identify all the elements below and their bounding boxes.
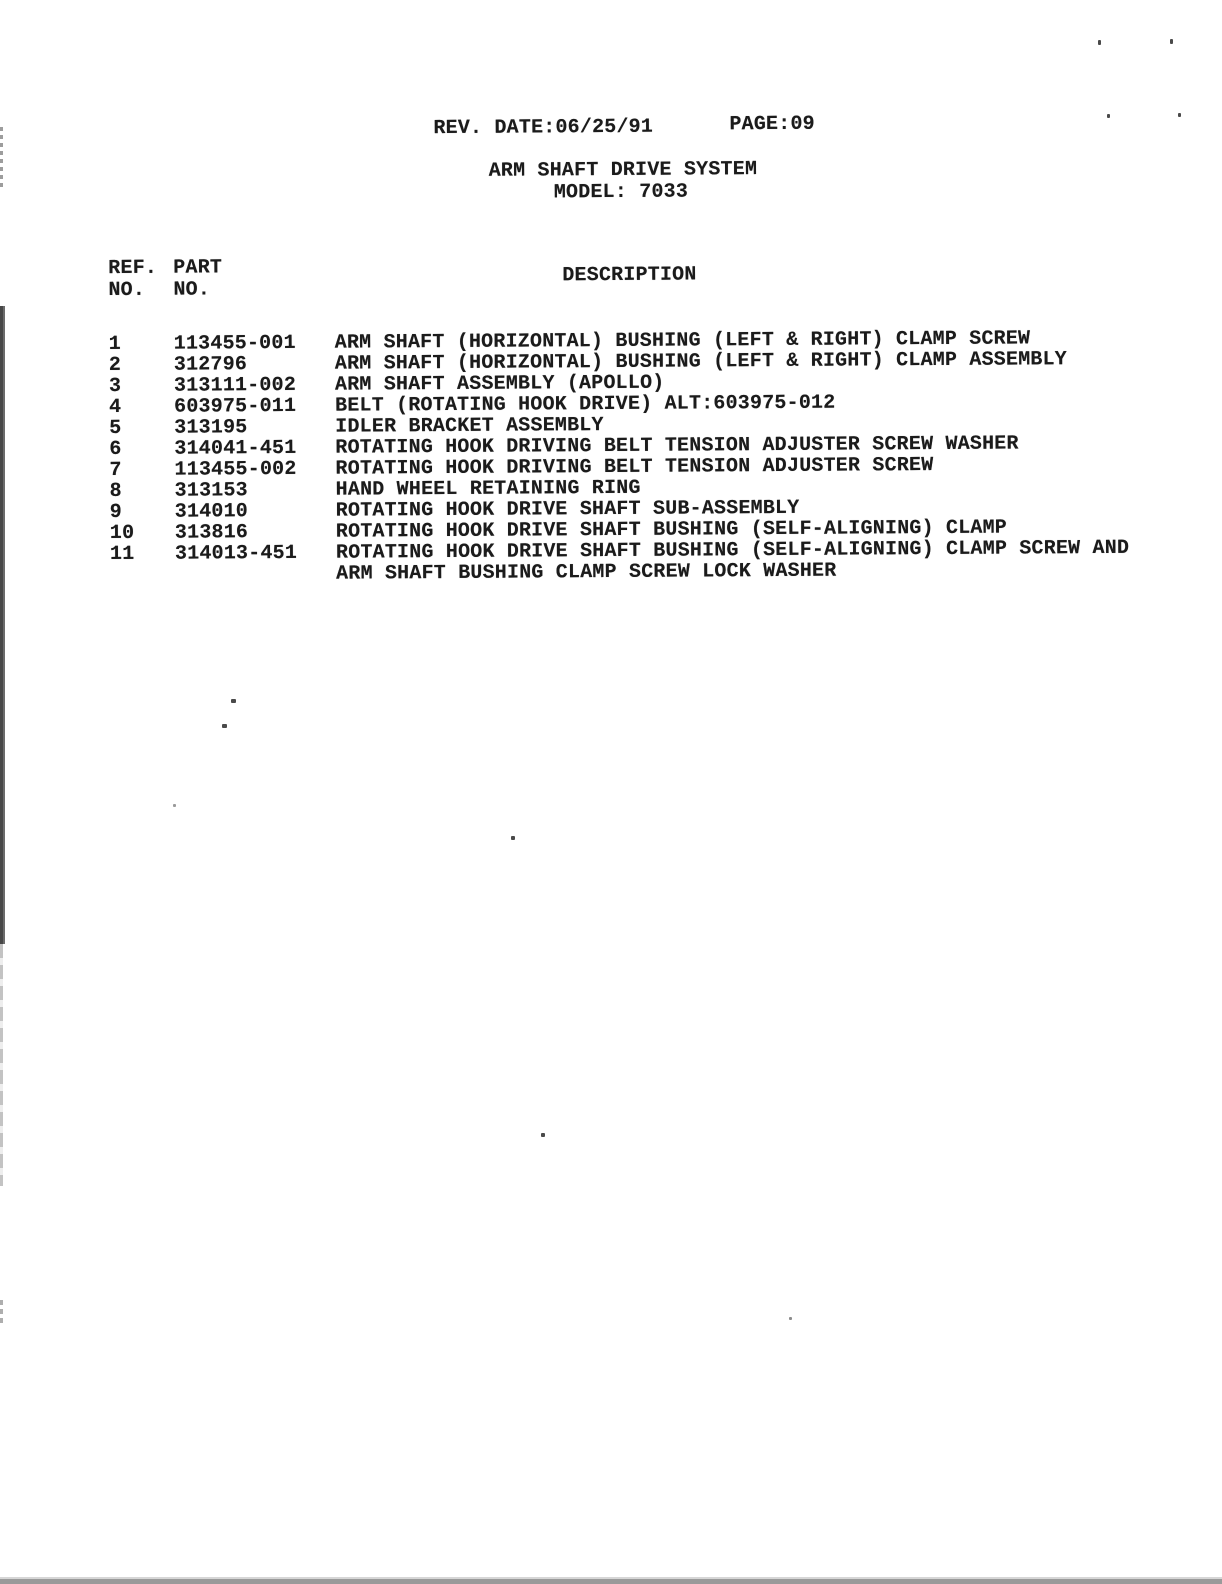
col-header-part-line1: PART bbox=[173, 256, 222, 279]
ref-no: 8 bbox=[110, 480, 122, 503]
description-wrap-line: ARM SHAFT BUSHING CLAMP SCREW LOCK WASHE… bbox=[336, 560, 836, 586]
scan-speck bbox=[1170, 39, 1173, 44]
rev-date-label: REV. DATE:06/25/91 bbox=[433, 116, 653, 140]
ref-no: 2 bbox=[109, 354, 121, 377]
scan-speck bbox=[789, 1317, 792, 1320]
ref-no: 10 bbox=[110, 522, 135, 545]
ref-no: 5 bbox=[109, 417, 121, 440]
col-header-part-line2: NO. bbox=[173, 278, 210, 301]
page-number-label: PAGE:09 bbox=[729, 113, 815, 137]
ref-no: 11 bbox=[110, 543, 135, 566]
col-header-ref-line1: REF. bbox=[108, 257, 157, 280]
document-content: REV. DATE:06/25/91 PAGE:09 ARM SHAFT DRI… bbox=[0, 0, 1222, 1584]
scan-edge-marks bbox=[0, 127, 3, 191]
part-no: 313153 bbox=[175, 479, 248, 502]
scan-speck bbox=[222, 724, 227, 728]
scanned-document-page: REV. DATE:06/25/91 PAGE:09 ARM SHAFT DRI… bbox=[0, 0, 1222, 1584]
col-header-description: DESCRIPTION bbox=[562, 263, 696, 287]
ref-no: 7 bbox=[109, 459, 121, 482]
ref-no: 1 bbox=[109, 333, 121, 356]
scan-edge-bar-faint bbox=[0, 944, 3, 1186]
part-no: 314010 bbox=[175, 500, 248, 523]
document-title: ARM SHAFT DRIVE SYSTEM bbox=[489, 158, 758, 183]
scan-edge-marks bbox=[0, 1300, 3, 1326]
part-no: 314013-451 bbox=[175, 542, 297, 566]
scan-speck bbox=[173, 804, 176, 807]
scan-speck bbox=[511, 836, 515, 840]
scan-speck bbox=[1098, 40, 1101, 45]
part-no: 313816 bbox=[175, 521, 248, 544]
scan-speck bbox=[541, 1133, 545, 1137]
col-header-ref-line2: NO. bbox=[108, 279, 145, 302]
part-no: 312796 bbox=[174, 353, 247, 376]
ref-no: 4 bbox=[109, 396, 121, 419]
scan-speck bbox=[1178, 113, 1181, 117]
ref-no: 3 bbox=[109, 375, 121, 398]
parts-table: 1 113455-001 ARM SHAFT (HORIZONTAL) BUSH… bbox=[0, 326, 1221, 585]
scan-edge-bar bbox=[0, 306, 5, 944]
scan-speck bbox=[1107, 114, 1110, 118]
part-no: 313195 bbox=[174, 416, 247, 439]
scan-speck bbox=[231, 699, 236, 703]
ref-no: 9 bbox=[110, 501, 122, 524]
ref-no: 6 bbox=[109, 438, 121, 461]
scan-bottom-bar bbox=[0, 1577, 1222, 1584]
table-row: 11 314013-451 ROTATING HOOK DRIVE SHAFT … bbox=[0, 536, 1221, 585]
model-number: MODEL: 7033 bbox=[554, 181, 688, 205]
